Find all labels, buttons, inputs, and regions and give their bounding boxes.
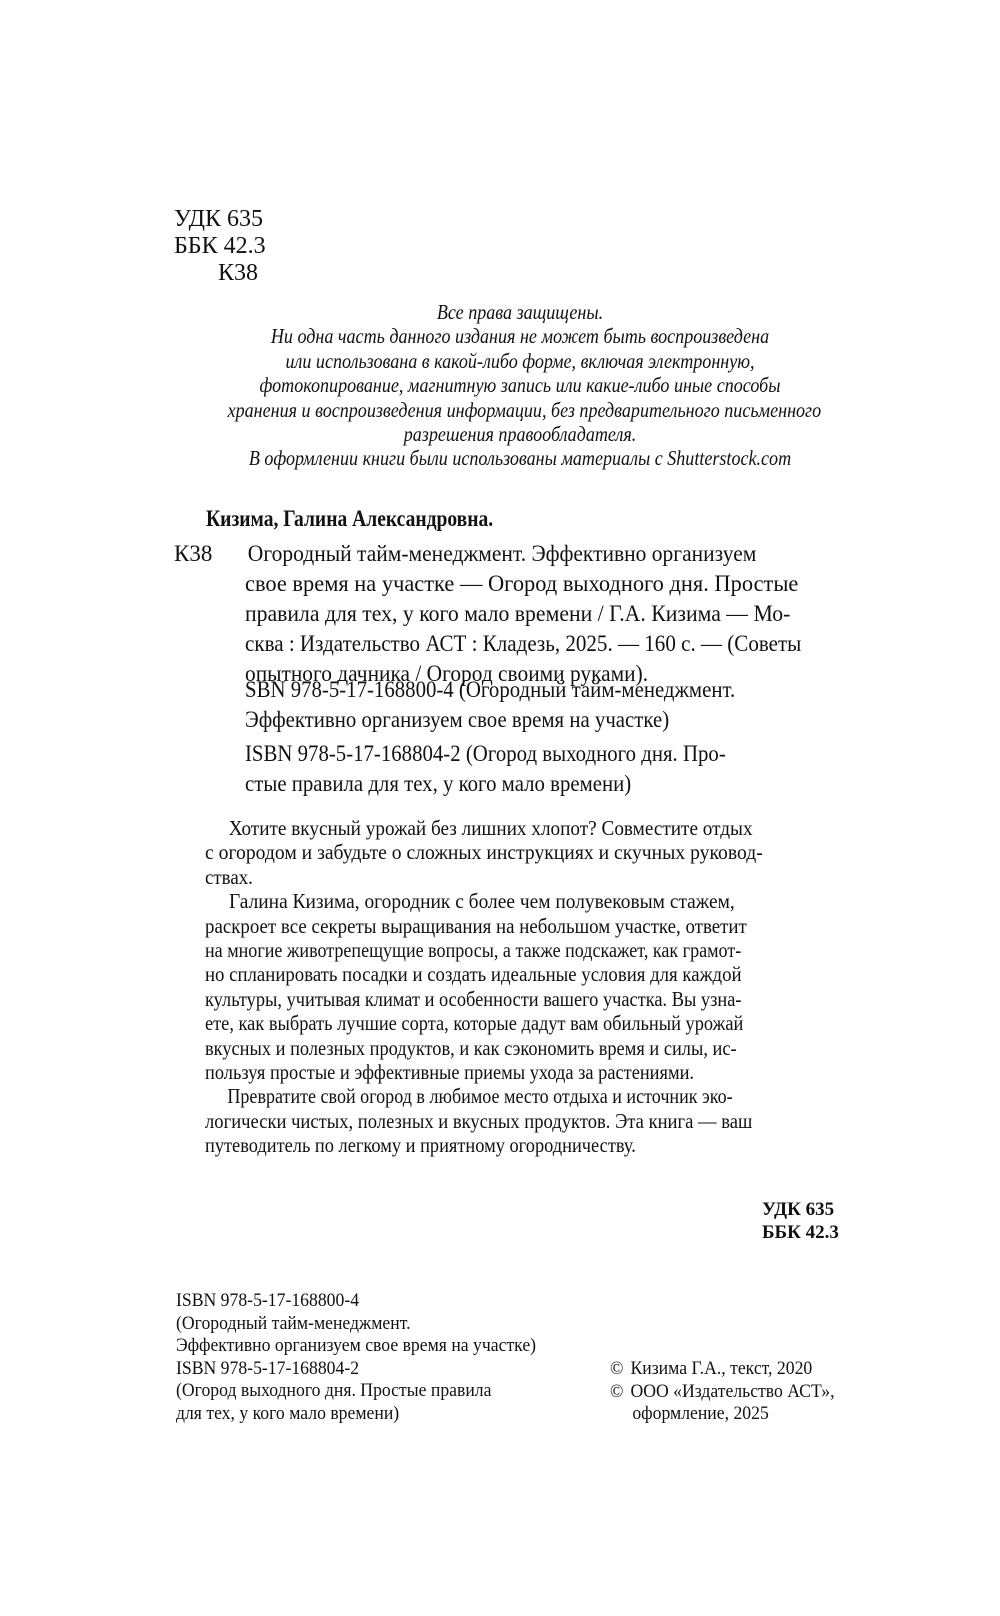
annotation-line: вкусных и полезных продуктов, и как сэко… [205,1036,774,1060]
bibliographic-description: Огородный тайм-менеджмент. Эффективно ор… [245,539,855,689]
annotation-line: пользуя простые и эффективные приемы ухо… [205,1060,774,1084]
annotation-line: Хотите вкусный урожай без лишних хлопот?… [205,816,800,840]
isbn-line: ISBN 978-5-17-168804-2 (Огород выходного… [245,739,735,769]
bib-line: сква : Издательство АСТ : Кладезь, 2025.… [245,629,803,659]
rights-line: или использована в какой-либо форме, вкл… [228,349,813,373]
author-heading: Кизима, Галина Александровна. [206,505,544,532]
rights-line: разрешения правообладателя. [228,422,813,446]
copyright-text-continued: оформление, 2025 [610,1403,835,1426]
bottom-classification: УДК 635 ББК 42.3 [762,1198,839,1244]
classification-block: УДК 635 ББК 42.3 К38 [174,206,266,287]
footer-isbn-line: для тех, у кого мало времени) [176,1403,536,1426]
rights-line: фотокопирование, магнитную запись или ка… [228,373,813,397]
rights-line: хранения и воспроизведения информации, б… [228,398,813,422]
copyright-entry: ©ООО «Издательство АСТ», [610,1381,835,1404]
rights-line: В оформлении книги были использованы мат… [228,446,813,470]
annotation-line: раскроет все секреты выращивания на небо… [205,914,790,938]
bottom-bbk-code: ББК 42.3 [762,1221,839,1244]
rights-line: Все права защищены. [228,300,813,324]
isbn-line: SBN 978-5-17-168800-4 (Огородный тайм-ме… [245,675,735,705]
bib-line: правила для тех, у кого мало времени / Г… [245,599,821,629]
annotation: Хотите вкусный урожай без лишних хлопот?… [205,816,855,1158]
rights-line: Ни одна часть данного издания не может б… [228,324,813,348]
bib-line: Огородный тайм-менеджмент. Эффективно ор… [245,539,815,569]
udk-code: УДК 635 [174,206,266,233]
author-name: Кизима, Галина Александровна. [206,505,493,532]
annotation-line: Галина Кизима, огородник с более чем пол… [205,889,806,913]
footer-isbn-line: (Огородный тайм-менеджмент. [176,1313,536,1336]
annotation-line: логически чистых, полезных и вкусных про… [205,1109,780,1133]
rights-notice: Все права защищены. Ни одна часть данног… [180,300,860,471]
bbk-code: ББК 42.3 [174,233,266,260]
annotation-line: культуры, учитывая климат и особенности … [205,987,774,1011]
isbn-entries: SBN 978-5-17-168800-4 (Огородный тайм-ме… [245,675,787,799]
author-mark: К38 [174,260,266,287]
annotation-line: с огородом и забудьте о сложных инструкц… [205,840,813,864]
copyright-text: Кизима Г.А., текст, 2020 [630,1358,812,1379]
annotation-line: но спланировать посадки и создать идеаль… [205,962,787,986]
bottom-udk-code: УДК 635 [762,1198,839,1221]
isbn-line: Эффективно организуем свое время на учас… [245,705,735,735]
annotation-line: ете, как выбрать лучшие сорта, которые д… [205,1011,774,1035]
copyright-block: ©Кизима Г.А., текст, 2020 ©ООО «Издатель… [610,1358,851,1426]
copyright-icon: © [610,1358,630,1381]
annotation-line: путеводитель по легкому и приятному огор… [205,1133,774,1157]
annotation-line: Превратите свой огород в любимое место о… [205,1084,764,1108]
footer-isbn-line: Эффективно организуем свое время на учас… [176,1335,536,1358]
copyright-text: ООО «Издательство АСТ», [630,1381,834,1402]
isbn-line: стые правила для тех, у кого мало времен… [245,769,735,799]
footer-isbn: ISBN 978-5-17-168800-4 (Огородный тайм-м… [176,1290,563,1426]
imprint-page: УДК 635 ББК 42.3 К38 Все права защищены.… [0,0,1000,1616]
annotation-line: на многие животрепещущие вопросы, а такж… [205,938,764,962]
copyright-entry: ©Кизима Г.А., текст, 2020 [610,1358,835,1381]
annotation-line: ствах. [205,865,790,889]
bib-line: свое время на участке — Огород выходного… [245,569,840,599]
copyright-icon: © [610,1381,630,1404]
footer-isbn-line: (Огород выходного дня. Простые правила [176,1380,536,1403]
record-author-mark: К38 [174,539,212,569]
footer-isbn-line: ISBN 978-5-17-168800-4 [176,1290,536,1313]
footer-isbn-line: ISBN 978-5-17-168804-2 [176,1358,536,1381]
